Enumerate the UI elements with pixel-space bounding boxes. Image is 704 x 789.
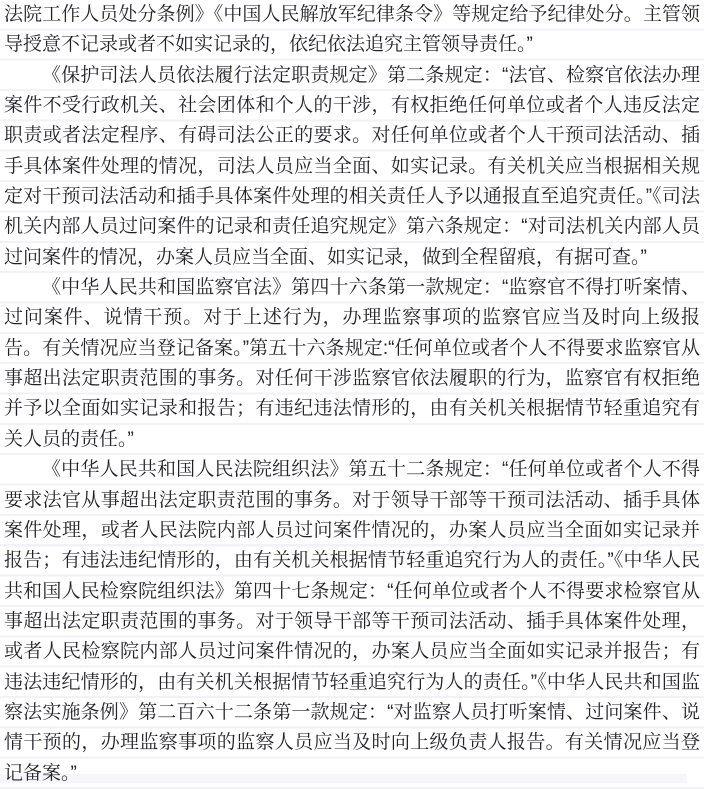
paragraph-courts-procuratorates-organic-law: 《中华人民共和国人民法院组织法》第五十二条规定：“任何单位或者个人不得要求法官从… (4, 455, 700, 789)
paragraph-judicial-personnel-protection: 《保护司法人员依法履行法定职责规定》第二条规定：“法官、检察官依法办理案件不受行… (4, 61, 700, 273)
paragraph-supervisors-law: 《中华人民共和国监察官法》第四十六条第一款规定：“监察官不得打听案情、过问案件、… (4, 273, 700, 455)
paragraph-continuation: 法院工作人员处分条例》《中国人民解放军纪律条令》等规定给予纪律处分。主管领导授意… (4, 0, 700, 61)
document-page: 法院工作人员处分条例》《中国人民解放军纪律条令》等规定给予纪律处分。主管领导授意… (0, 0, 704, 789)
